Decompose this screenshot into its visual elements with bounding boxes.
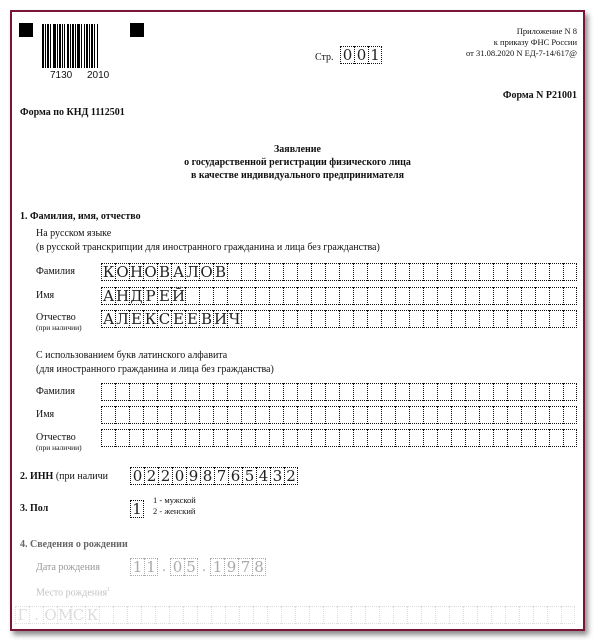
appendix-line-3: от 31.08.2020 N ЕД-7-14/617@ xyxy=(466,48,577,59)
char-cell xyxy=(479,383,493,401)
char-cell xyxy=(339,287,353,305)
char-cell xyxy=(241,406,255,424)
char-cell xyxy=(395,287,409,305)
char-cell xyxy=(199,287,213,305)
char-cell xyxy=(115,406,129,424)
char-cell xyxy=(367,429,381,447)
char-cell xyxy=(409,287,423,305)
char-cell xyxy=(395,383,409,401)
char-cell xyxy=(451,287,465,305)
char-cell xyxy=(463,606,477,624)
char-cell xyxy=(171,406,185,424)
char-cell xyxy=(129,429,143,447)
char-cell xyxy=(241,383,255,401)
char-cell xyxy=(311,429,325,447)
char-cell xyxy=(297,310,311,328)
char-cell xyxy=(367,406,381,424)
char-cell xyxy=(155,606,169,624)
char-cell xyxy=(283,383,297,401)
char-cell xyxy=(213,429,227,447)
char-cell: 0 xyxy=(354,46,368,64)
char-cell xyxy=(339,406,353,424)
char-cell xyxy=(437,287,451,305)
barcode-number-left: 7130 xyxy=(50,70,72,81)
char-cell xyxy=(563,287,577,305)
char-cell xyxy=(241,287,255,305)
char-cell xyxy=(143,406,157,424)
char-cell: 5 xyxy=(184,558,198,576)
latin-caption: С использованием букв латинского алфавит… xyxy=(36,350,227,361)
char-cell xyxy=(225,606,239,624)
char-cell xyxy=(479,310,493,328)
char-cell xyxy=(437,263,451,281)
char-cell xyxy=(241,429,255,447)
char-cell xyxy=(351,606,365,624)
char-cell xyxy=(493,287,507,305)
char-cell xyxy=(381,310,395,328)
char-cell: Л xyxy=(185,263,199,281)
sex-field[interactable]: 1 xyxy=(130,500,144,518)
char-cell xyxy=(325,310,339,328)
char-cell: И xyxy=(213,310,227,328)
char-cell: Н xyxy=(115,287,129,305)
char-cell xyxy=(127,606,141,624)
char-cell xyxy=(211,606,225,624)
surname-latin-field[interactable] xyxy=(101,383,577,401)
footnote-marker: 1 xyxy=(107,587,110,593)
label-name-ru: Имя xyxy=(36,290,54,301)
char-cell xyxy=(549,310,563,328)
char-cell xyxy=(353,263,367,281)
char-cell: Н xyxy=(129,263,143,281)
surname-ru-field[interactable]: КОНОВАЛОВ xyxy=(101,263,577,281)
char-cell xyxy=(395,406,409,424)
char-cell: 0 xyxy=(172,467,186,485)
char-cell xyxy=(269,406,283,424)
page-number-cells: 001 xyxy=(340,46,382,64)
char-cell: 1 xyxy=(144,558,158,576)
char-cell xyxy=(297,263,311,281)
char-cell xyxy=(353,310,367,328)
char-cell xyxy=(381,287,395,305)
char-cell xyxy=(507,310,521,328)
knd-code: Форма по КНД 1112501 xyxy=(20,107,125,118)
char-cell: 2 xyxy=(158,467,172,485)
char-cell xyxy=(227,383,241,401)
barcode: 7130 2010 xyxy=(42,24,128,82)
char-cell: Ч xyxy=(227,310,241,328)
char-cell xyxy=(535,263,549,281)
char-cell xyxy=(269,287,283,305)
char-cell xyxy=(465,429,479,447)
title-line-1: Заявление xyxy=(12,143,583,156)
label-if-any-lat: (при наличии) xyxy=(36,443,82,452)
char-cell xyxy=(169,606,183,624)
char-cell xyxy=(549,406,563,424)
char-cell xyxy=(437,406,451,424)
char-cell xyxy=(115,383,129,401)
char-cell xyxy=(393,606,407,624)
char-cell xyxy=(241,310,255,328)
char-cell xyxy=(423,263,437,281)
char-cell xyxy=(465,287,479,305)
char-cell xyxy=(365,606,379,624)
char-cell xyxy=(297,287,311,305)
char-cell xyxy=(381,406,395,424)
char-cell xyxy=(255,287,269,305)
barcode-number-right: 2010 xyxy=(87,70,109,81)
char-cell xyxy=(521,287,535,305)
patronymic-ru-field[interactable]: АЛЕКСЕЕВИЧ xyxy=(101,310,577,328)
char-cell xyxy=(409,263,423,281)
char-cell: Е xyxy=(129,310,143,328)
char-cell: К xyxy=(143,310,157,328)
inn-heading-note: (при наличи xyxy=(56,471,108,482)
char-cell xyxy=(379,606,393,624)
char-cell xyxy=(477,606,491,624)
char-cell: 1 xyxy=(368,46,382,64)
label-surname-ru: Фамилия xyxy=(36,266,75,277)
char-cell xyxy=(171,429,185,447)
char-cell xyxy=(255,310,269,328)
label-patronymic-ru: Отчество xyxy=(36,312,76,323)
char-cell: А xyxy=(101,287,115,305)
char-cell xyxy=(325,406,339,424)
char-cell xyxy=(549,263,563,281)
char-cell xyxy=(283,429,297,447)
char-cell: 0 xyxy=(170,558,184,576)
char-cell xyxy=(185,287,199,305)
char-cell: 0 xyxy=(130,467,144,485)
char-cell xyxy=(255,263,269,281)
char-cell xyxy=(507,429,521,447)
char-cell xyxy=(101,383,115,401)
title-line-2: о государственной регистрации физическог… xyxy=(12,156,583,169)
char-cell xyxy=(521,263,535,281)
birth-day-field[interactable]: 11 xyxy=(130,558,158,576)
char-cell: А xyxy=(101,310,115,328)
char-cell xyxy=(269,383,283,401)
document-title: Заявление о государственной регистрации … xyxy=(12,143,583,182)
char-cell xyxy=(479,406,493,424)
char-cell xyxy=(213,406,227,424)
birth-place-field[interactable]: Г.ОМСК xyxy=(15,606,575,624)
birth-place-label-text: Место рождения xyxy=(36,587,107,598)
char-cell xyxy=(465,263,479,281)
sex-option-female: 2 - женский xyxy=(153,506,196,517)
char-cell xyxy=(409,383,423,401)
label-if-any-ru: (при наличии) xyxy=(36,323,82,332)
char-cell xyxy=(367,287,381,305)
char-cell xyxy=(465,383,479,401)
char-cell: Л xyxy=(115,310,129,328)
char-cell xyxy=(323,606,337,624)
char-cell xyxy=(507,263,521,281)
barcode-bar xyxy=(98,24,99,68)
char-cell xyxy=(395,263,409,281)
form-page: 7130 2010 Стр. 001 Приложение N 8 к прик… xyxy=(10,10,585,631)
char-cell: С xyxy=(71,606,85,624)
label-surname-lat: Фамилия xyxy=(36,386,75,397)
char-cell xyxy=(143,383,157,401)
char-cell: Й xyxy=(171,287,185,305)
section-2-heading: 2. ИНН (при наличи xyxy=(20,471,108,482)
char-cell: Г xyxy=(15,606,29,624)
char-cell: К xyxy=(101,263,115,281)
alignment-marker-right xyxy=(130,23,144,37)
char-cell xyxy=(185,406,199,424)
char-cell xyxy=(269,263,283,281)
char-cell xyxy=(197,606,211,624)
char-cell xyxy=(213,287,227,305)
char-cell xyxy=(493,429,507,447)
char-cell xyxy=(129,383,143,401)
char-cell: 1 xyxy=(130,558,144,576)
char-cell xyxy=(409,310,423,328)
char-cell xyxy=(337,606,351,624)
label-birth-date: Дата рождения xyxy=(36,562,100,573)
char-cell xyxy=(563,383,577,401)
char-cell: 8 xyxy=(200,467,214,485)
barcode-bars xyxy=(42,24,128,68)
char-cell xyxy=(507,383,521,401)
char-cell xyxy=(395,429,409,447)
char-cell xyxy=(269,310,283,328)
date-separator: . xyxy=(198,558,210,576)
char-cell xyxy=(227,287,241,305)
label-patronymic-lat: Отчество xyxy=(36,432,76,443)
char-cell: Е xyxy=(185,310,199,328)
char-cell xyxy=(561,606,575,624)
char-cell: 3 xyxy=(270,467,284,485)
char-cell xyxy=(451,383,465,401)
char-cell: 8 xyxy=(252,558,266,576)
char-cell xyxy=(493,310,507,328)
alignment-marker-left xyxy=(19,23,33,37)
char-cell: М xyxy=(57,606,71,624)
char-cell xyxy=(521,406,535,424)
char-cell: 2 xyxy=(284,467,298,485)
char-cell xyxy=(381,263,395,281)
char-cell xyxy=(423,310,437,328)
char-cell: Д xyxy=(129,287,143,305)
char-cell xyxy=(339,383,353,401)
char-cell xyxy=(325,429,339,447)
char-cell xyxy=(381,383,395,401)
char-cell xyxy=(325,263,339,281)
char-cell xyxy=(519,606,533,624)
char-cell xyxy=(353,287,367,305)
char-cell xyxy=(479,287,493,305)
appendix-reference: Приложение N 8 к приказу ФНС России от 3… xyxy=(466,26,577,59)
char-cell xyxy=(283,263,297,281)
char-cell xyxy=(491,606,505,624)
char-cell xyxy=(493,406,507,424)
char-cell xyxy=(283,406,297,424)
char-cell: К xyxy=(85,606,99,624)
birth-month-field[interactable]: 05 xyxy=(170,558,198,576)
char-cell xyxy=(451,310,465,328)
char-cell: С xyxy=(157,310,171,328)
char-cell xyxy=(451,429,465,447)
char-cell xyxy=(507,406,521,424)
char-cell xyxy=(437,429,451,447)
char-cell xyxy=(465,406,479,424)
char-cell: В xyxy=(213,263,227,281)
char-cell xyxy=(171,383,185,401)
char-cell: О xyxy=(43,606,57,624)
patronymic-latin-field[interactable] xyxy=(101,429,577,447)
char-cell: О xyxy=(115,263,129,281)
char-cell xyxy=(157,429,171,447)
char-cell xyxy=(297,406,311,424)
char-cell xyxy=(493,383,507,401)
name-ru-field[interactable]: АНДРЕЙ xyxy=(101,287,577,305)
char-cell xyxy=(381,429,395,447)
char-cell xyxy=(563,406,577,424)
char-cell xyxy=(409,429,423,447)
char-cell: О xyxy=(143,263,157,281)
char-cell xyxy=(311,287,325,305)
char-cell xyxy=(521,310,535,328)
char-cell xyxy=(423,406,437,424)
char-cell xyxy=(239,606,253,624)
char-cell: 1 xyxy=(130,500,144,518)
char-cell xyxy=(521,383,535,401)
char-cell xyxy=(563,310,577,328)
char-cell: Р xyxy=(143,287,157,305)
char-cell xyxy=(199,429,213,447)
char-cell xyxy=(99,606,113,624)
char-cell xyxy=(283,310,297,328)
char-cell xyxy=(563,429,577,447)
char-cell xyxy=(101,429,115,447)
char-cell xyxy=(353,406,367,424)
char-cell xyxy=(101,406,115,424)
section-4-heading: 4. Сведения о рождении xyxy=(20,539,128,550)
char-cell xyxy=(267,606,281,624)
char-cell: А xyxy=(171,263,185,281)
char-cell xyxy=(479,263,493,281)
char-cell xyxy=(227,406,241,424)
sex-option-male: 1 - мужской xyxy=(153,495,196,506)
char-cell xyxy=(367,263,381,281)
inn-field[interactable]: 022098765432 xyxy=(130,467,298,485)
appendix-line-2: к приказу ФНС России xyxy=(466,37,577,48)
char-cell xyxy=(227,429,241,447)
char-cell xyxy=(535,310,549,328)
char-cell xyxy=(185,383,199,401)
section-1-heading: 1. Фамилия, имя, отчество xyxy=(20,211,141,222)
char-cell xyxy=(185,429,199,447)
char-cell: 1 xyxy=(210,558,224,576)
char-cell: . xyxy=(29,606,43,624)
char-cell xyxy=(423,287,437,305)
char-cell xyxy=(507,287,521,305)
char-cell xyxy=(297,383,311,401)
char-cell xyxy=(213,383,227,401)
char-cell xyxy=(451,263,465,281)
char-cell xyxy=(255,429,269,447)
char-cell: 5 xyxy=(242,467,256,485)
char-cell xyxy=(423,429,437,447)
char-cell xyxy=(311,383,325,401)
sex-options: 1 - мужской 2 - женский xyxy=(153,495,196,517)
char-cell xyxy=(549,287,563,305)
char-cell xyxy=(157,406,171,424)
char-cell xyxy=(395,310,409,328)
char-cell xyxy=(535,429,549,447)
char-cell: 2 xyxy=(144,467,158,485)
char-cell xyxy=(311,406,325,424)
char-cell xyxy=(449,606,463,624)
char-cell xyxy=(407,606,421,624)
char-cell: Е xyxy=(171,310,185,328)
char-cell: В xyxy=(157,263,171,281)
section-3-heading: 3. Пол xyxy=(20,503,48,514)
char-cell xyxy=(199,406,213,424)
latin-caption-note: (для иностранного гражданина и лица без … xyxy=(36,364,274,375)
char-cell: 7 xyxy=(238,558,252,576)
char-cell xyxy=(115,429,129,447)
char-cell xyxy=(143,429,157,447)
char-cell xyxy=(255,406,269,424)
char-cell xyxy=(367,310,381,328)
char-cell xyxy=(269,429,283,447)
russian-caption-note: (в русской транскрипции для иностранного… xyxy=(36,242,380,253)
char-cell xyxy=(353,383,367,401)
char-cell xyxy=(283,287,297,305)
char-cell: 9 xyxy=(224,558,238,576)
char-cell xyxy=(563,263,577,281)
char-cell xyxy=(295,606,309,624)
char-cell xyxy=(549,429,563,447)
char-cell xyxy=(479,429,493,447)
char-cell xyxy=(141,606,155,624)
label-birth-place: Место рождения1 xyxy=(36,587,110,598)
char-cell xyxy=(183,606,197,624)
birth-date-field[interactable]: 11 . 05 . 1978 xyxy=(130,558,266,576)
char-cell: 7 xyxy=(214,467,228,485)
char-cell xyxy=(253,606,267,624)
char-cell xyxy=(533,606,547,624)
char-cell xyxy=(339,310,353,328)
char-cell: 6 xyxy=(228,467,242,485)
char-cell: Е xyxy=(157,287,171,305)
char-cell xyxy=(521,429,535,447)
char-cell xyxy=(421,606,435,624)
char-cell xyxy=(311,310,325,328)
birth-year-field[interactable]: 1978 xyxy=(210,558,266,576)
char-cell xyxy=(157,383,171,401)
char-cell xyxy=(311,263,325,281)
char-cell xyxy=(535,287,549,305)
name-latin-field[interactable] xyxy=(101,406,577,424)
char-cell xyxy=(451,406,465,424)
char-cell: 0 xyxy=(340,46,354,64)
char-cell xyxy=(535,406,549,424)
char-cell xyxy=(199,383,213,401)
appendix-line-1: Приложение N 8 xyxy=(466,26,577,37)
char-cell xyxy=(367,383,381,401)
char-cell xyxy=(435,606,449,624)
russian-caption: На русском языке xyxy=(36,228,111,239)
char-cell: 4 xyxy=(256,467,270,485)
char-cell xyxy=(129,406,143,424)
char-cell xyxy=(547,606,561,624)
date-separator: . xyxy=(158,558,170,576)
char-cell: 9 xyxy=(186,467,200,485)
